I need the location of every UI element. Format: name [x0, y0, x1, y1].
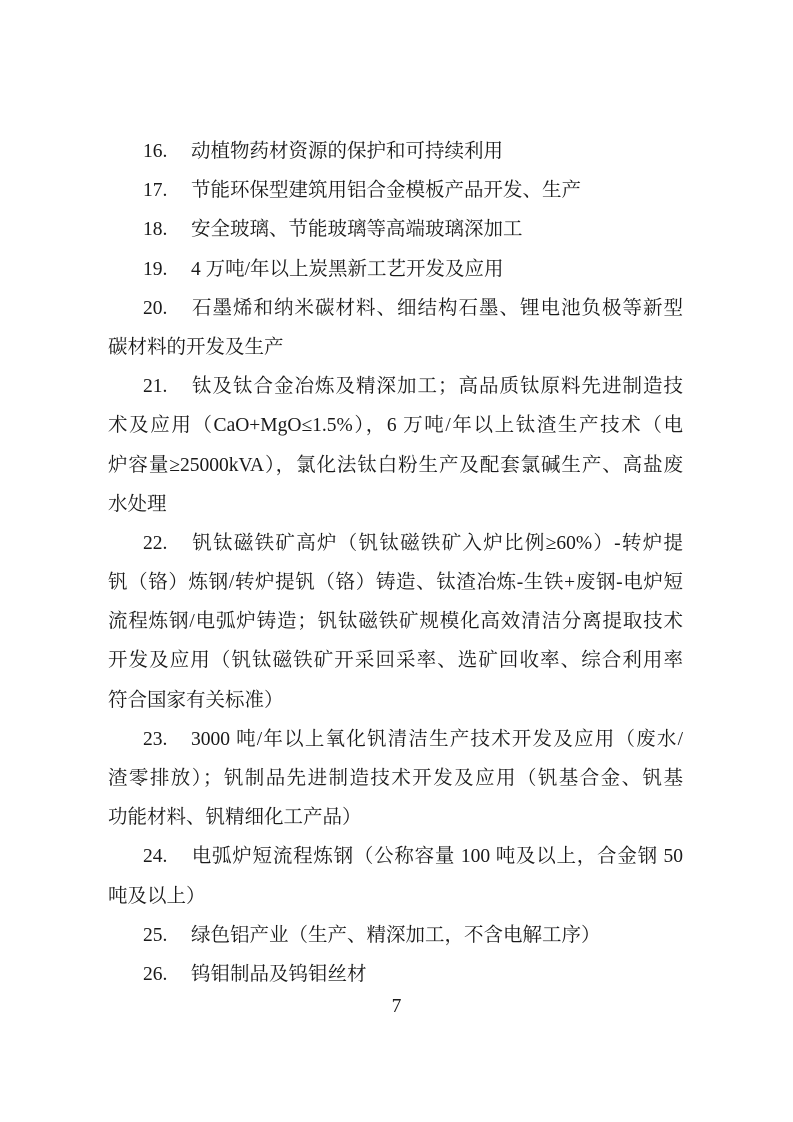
item-text: 钒钛磁铁矿高炉（钒钛磁铁矿入炉比例≥60%）-转炉提: [191, 533, 683, 554]
list-item-continuation-line: 水处理: [108, 485, 683, 524]
list-item-first-line: 19.4 万吨/年以上炭黑新工艺开发及应用: [108, 250, 683, 289]
list-item-continuation-line: 术及应用（CaO+MgO≤1.5%），6 万吨/年以上钛渣生产技术（电: [108, 406, 683, 445]
item-text: 动植物药材资源的保护和可持续利用: [191, 141, 503, 162]
item-number: 16.: [143, 132, 191, 171]
item-text: 绿色铝产业（生产、精深加工，不含电解工序）: [191, 925, 601, 946]
list-item-continuation-line: 功能材料、钒精细化工产品）: [108, 798, 683, 837]
list-item-first-line: 18.安全玻璃、节能玻璃等高端玻璃深加工: [108, 210, 683, 249]
list-item-continuation-line: 钒（铬）炼钢/转炉提钒（铬）铸造、钛渣冶炼-生铁+废钢-电炉短: [108, 563, 683, 602]
list-item-continuation-line: 流程炼钢/电弧炉铸造；钒钛磁铁矿规模化高效清洁分离提取技术: [108, 602, 683, 641]
list-item-first-line: 22.钒钛磁铁矿高炉（钒钛磁铁矿入炉比例≥60%）-转炉提: [108, 524, 683, 563]
list-item-first-line: 23.3000 吨/年以上氧化钒清洁生产技术开发及应用（废水/: [108, 720, 683, 759]
item-text: 石墨烯和纳米碳材料、细结构石墨、锂电池负极等新型: [191, 298, 683, 319]
item-text: 钨钼制品及钨钼丝材: [191, 964, 367, 985]
list-item-first-line: 20.石墨烯和纳米碳材料、细结构石墨、锂电池负极等新型: [108, 289, 683, 328]
document-page: 16.动植物药材资源的保护和可持续利用17.节能环保型建筑用铝合金模板产品开发、…: [0, 0, 793, 1122]
list-item-first-line: 21.钛及钛合金冶炼及精深加工；高品质钛原料先进制造技: [108, 367, 683, 406]
item-text: 安全玻璃、节能玻璃等高端玻璃深加工: [191, 219, 523, 240]
list-item-first-line: 16.动植物药材资源的保护和可持续利用: [108, 132, 683, 171]
item-number: 19.: [143, 250, 191, 289]
item-number: 22.: [143, 524, 191, 563]
item-text: 4 万吨/年以上炭黑新工艺开发及应用: [191, 259, 504, 280]
item-number: 20.: [143, 289, 191, 328]
item-text: 节能环保型建筑用铝合金模板产品开发、生产: [191, 180, 581, 201]
item-number: 25.: [143, 916, 191, 955]
item-text: 3000 吨/年以上氧化钒清洁生产技术开发及应用（废水/: [191, 729, 683, 750]
item-number: 21.: [143, 367, 191, 406]
item-text: 钛及钛合金冶炼及精深加工；高品质钛原料先进制造技: [191, 376, 683, 397]
item-number: 23.: [143, 720, 191, 759]
page-number: 7: [0, 994, 793, 1020]
list-item-first-line: 24.电弧炉短流程炼钢（公称容量 100 吨及以上，合金钢 50: [108, 837, 683, 876]
list-item-continuation-line: 吨及以上）: [108, 877, 683, 916]
list-item-first-line: 17.节能环保型建筑用铝合金模板产品开发、生产: [108, 171, 683, 210]
list-item-continuation-line: 碳材料的开发及生产: [108, 328, 683, 367]
list-item-continuation-line: 开发及应用（钒钛磁铁矿开采回采率、选矿回收率、综合利用率: [108, 641, 683, 680]
item-text: 电弧炉短流程炼钢（公称容量 100 吨及以上，合金钢 50: [191, 846, 683, 867]
list-item-continuation-line: 炉容量≥25000kVA），氯化法钛白粉生产及配套氯碱生产、高盐废: [108, 446, 683, 485]
list-item-continuation-line: 渣零排放）；钒制品先进制造技术开发及应用（钒基合金、钒基: [108, 759, 683, 798]
item-number: 18.: [143, 210, 191, 249]
list-item-first-line: 26.钨钼制品及钨钼丝材: [108, 955, 683, 994]
list-item-first-line: 25.绿色铝产业（生产、精深加工，不含电解工序）: [108, 916, 683, 955]
item-number: 17.: [143, 171, 191, 210]
document-body: 16.动植物药材资源的保护和可持续利用17.节能环保型建筑用铝合金模板产品开发、…: [108, 132, 683, 994]
item-number: 26.: [143, 955, 191, 994]
list-item-continuation-line: 符合国家有关标准）: [108, 681, 683, 720]
item-number: 24.: [143, 837, 191, 876]
